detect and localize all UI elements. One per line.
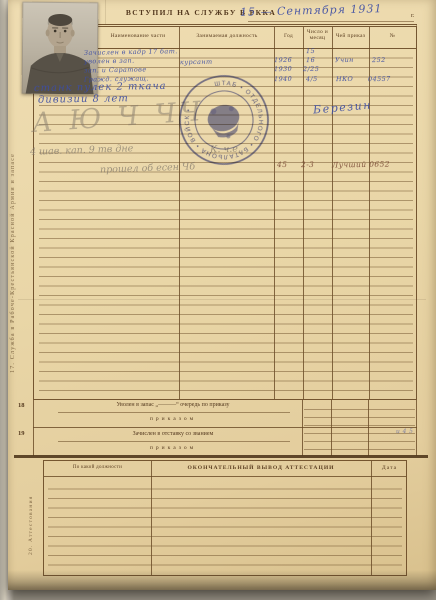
attestation-col-conclusion: ОКОНЧАТЕЛЬНЫЙ ВЫВОД АТТЕСТАЦИИ	[154, 465, 368, 471]
entry-position: курсант	[180, 58, 213, 67]
entry-order-2: Учин	[335, 56, 354, 64]
attestation-table: По какой должности ОКОНЧАТЕЛЬНЫЙ ВЫВОД А…	[43, 460, 407, 576]
col-position: Занимаемая должность	[183, 33, 271, 39]
col-unit-name: Наименование части	[98, 33, 178, 39]
thick-rule	[14, 455, 428, 458]
mini-divider-right	[416, 400, 417, 456]
section-19-number: 19	[18, 430, 25, 437]
mini-divider-1	[302, 400, 303, 456]
section-18-sub: приказом	[48, 416, 298, 422]
col-whose-order: Чей приказ	[332, 33, 369, 39]
mini-divider-left	[33, 400, 34, 456]
date-underline	[248, 21, 414, 22]
section-19-line	[58, 441, 290, 442]
entry-unit-2: уволен в зап.	[84, 57, 135, 66]
entry-unit-3: зап. и Саратове	[84, 65, 147, 74]
col-number: №	[369, 33, 416, 39]
entry-day-3: 2/25	[303, 65, 319, 73]
entry-year-2: 1926	[274, 56, 292, 64]
section-19-sub: приказом	[48, 445, 298, 451]
side-label-attestation: 20. Аттестования	[28, 480, 37, 570]
crease-horizontal	[18, 299, 426, 300]
side-label-service: 17. Служба в Рабоче-Крестьянской Красной…	[10, 128, 20, 398]
document-page: ВСТУПИЛ НА СЛУЖБУ В РККА 15 — Сентября 1…	[8, 0, 436, 590]
crease-vertical	[105, 0, 106, 24]
date-suffix: г.	[411, 12, 415, 19]
entry-day-7: 2-3	[301, 160, 314, 169]
section-18-line	[58, 412, 290, 413]
entry-num-4: 04557	[368, 75, 391, 83]
entry-day-2: 16	[306, 56, 315, 64]
entry-year-4: 1940	[274, 75, 292, 83]
entry-unit-1: Зачислен в кадр 17 бат.	[84, 47, 178, 57]
attestation-ruling	[48, 480, 402, 573]
attestation-col-date: Дата	[373, 465, 406, 471]
section-18-text: Уволен в запас „———“ очередь по приказу	[48, 402, 298, 409]
col-year: Год	[274, 33, 303, 39]
entry-year-7: 45	[277, 160, 287, 169]
attestation-header-line	[44, 476, 406, 477]
entry-order-4: НКО	[336, 75, 353, 83]
section-19-text: Зачислен в отставку со званием	[48, 431, 298, 438]
handwritten-date: 15 — Сентября 1931	[240, 2, 383, 19]
mini-grid-ruling	[304, 402, 415, 454]
entry-year-3: 1930	[274, 65, 292, 73]
attestation-col-position: По какой должности	[46, 465, 149, 470]
entry-order-7: Лучший 0652	[332, 159, 390, 169]
page-bottom-shadow	[8, 570, 436, 590]
section-18-number: 18	[18, 402, 25, 409]
entry-day-1: 15	[306, 47, 315, 55]
entry-unit-5: станк пулек 2 ткача	[34, 81, 167, 94]
col-day-month: Число и месяц	[303, 29, 332, 41]
entry-day-4: 4/5	[306, 75, 318, 83]
entry-num-2: 252	[372, 56, 386, 64]
